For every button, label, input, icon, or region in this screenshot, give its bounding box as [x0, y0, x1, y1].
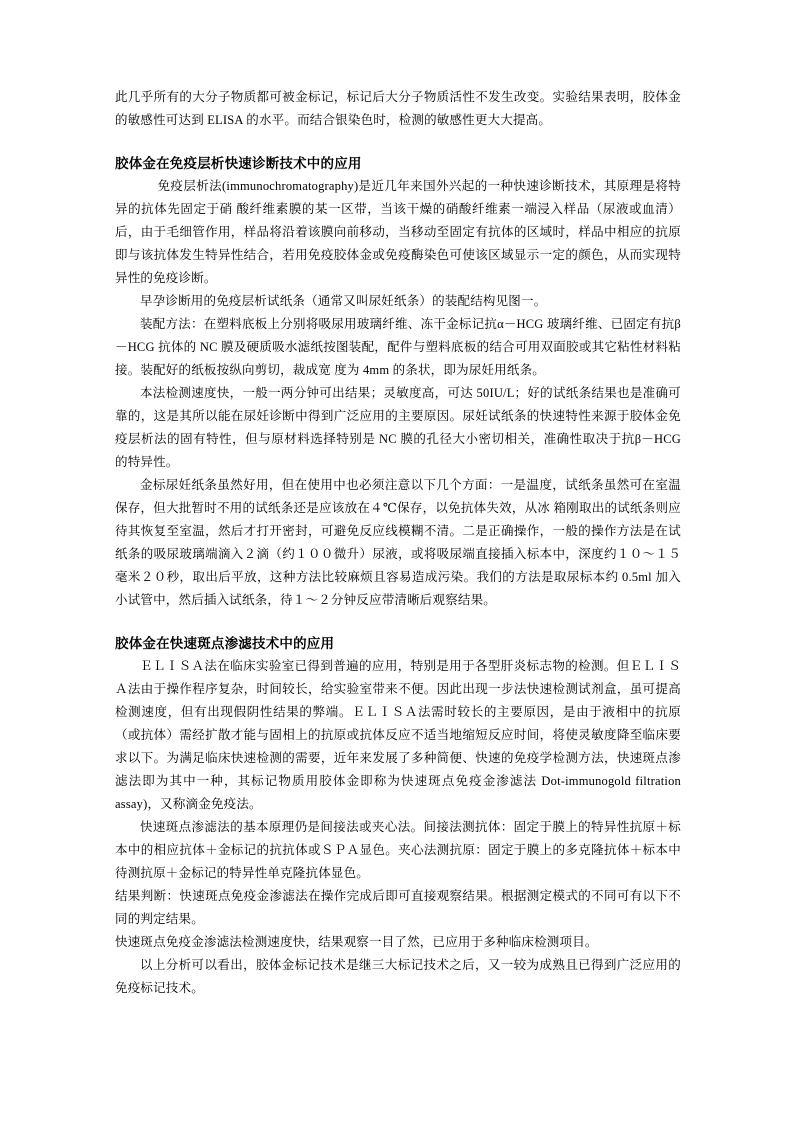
section-heading-immunochromatography: 胶体金在免疫层析快速诊断技术中的应用 — [115, 152, 681, 175]
paragraph-clinical-applications: 快速斑点免疫金渗滤法检测速度快，结果观察一目了然，已应用于多种临床检测项目。 — [115, 931, 681, 954]
document-content: 此几乎所有的大分子物质都可被金标记，标记后大分子物质活性不发生改变。实验结果表明… — [0, 0, 793, 1000]
paragraph-elisa-limitations: ＥＬＩＳＡ法在临床实验室已得到普遍的应用，特别是用于各型肝炎标志物的检测。但ＥＬ… — [115, 655, 681, 816]
paragraph-pregnancy-test-strip-structure: 早孕诊断用的免疫层析试纸条（通常又叫尿妊纸条）的装配结构见图一。 — [115, 290, 681, 313]
paragraph-gold-labeling-sensitivity: 此几乎所有的大分子物质都可被金标记，标记后大分子物质活性不发生改变。实验结果表明… — [115, 86, 681, 132]
section-heading-dot-filtration: 胶体金在快速斑点渗滤技术中的应用 — [115, 632, 681, 655]
paragraph-assembly-method: 装配方法：在塑料底板上分别将吸尿用玻璃纤维、冻干金标记抗α－HCG 玻璃纤维、已… — [115, 313, 681, 382]
paragraph-result-judgement: 结果判断：快速斑点免疫金渗滤法在操作完成后即可直接观察结果。根据测定模式的不同可… — [115, 885, 681, 931]
paragraph-conclusion: 以上分析可以看出，胶体金标记技术是继三大标记技术之后，又一较为成熟且已得到广泛应… — [115, 954, 681, 1000]
paragraph-usage-precautions: 金标尿妊纸条虽然好用，但在使用中也必须注意以下几个方面：一是温度，试纸条虽然可在… — [115, 474, 681, 612]
document-page: 此几乎所有的大分子物质都可被金标记，标记后大分子物质活性不发生改变。实验结果表明… — [0, 0, 793, 1122]
paragraph-dot-filtration-principle: 快速斑点渗滤法的基本原理仍是间接法或夹心法。间接法测抗体：固定于膜上的特异性抗原… — [115, 816, 681, 885]
paragraph-detection-speed-sensitivity: 本法检测速度快，一般一两分钟可出结果；灵敏度高，可达 50IU/L；好的试纸条结… — [115, 382, 681, 474]
paragraph-immunochromatography-principle: 免疫层析法(immunochromatography)是近几年来国外兴起的一种快… — [115, 175, 681, 290]
